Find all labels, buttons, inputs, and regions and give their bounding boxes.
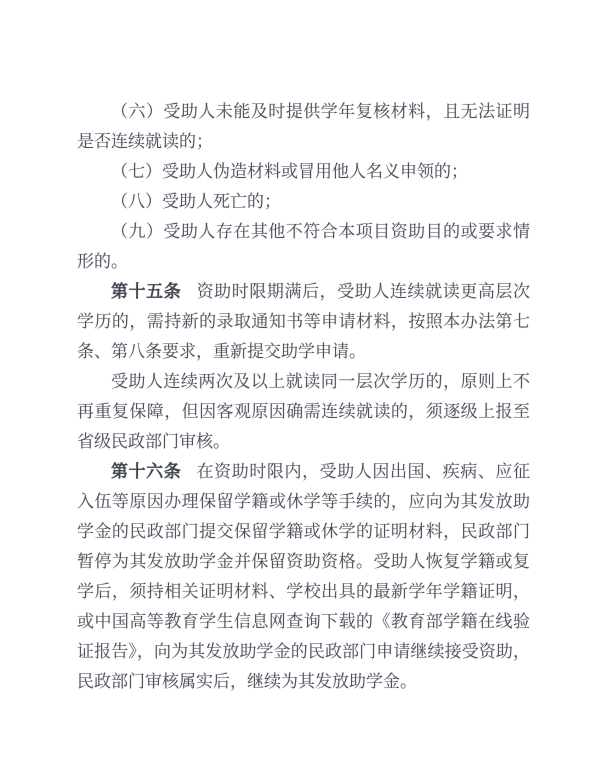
clause-item-9: （九）受助人存在其他不符合本项目资助目的或要求情形的。 — [77, 217, 530, 277]
paragraph-text: 在资助时限内，受助人因出国、疾病、应征入伍等原因办理保留学籍或休学等手续的，应向… — [77, 462, 530, 691]
article-number-bold: 第十六条 — [111, 462, 181, 481]
article-15-continuation: 受助人连续两次及以上就读同一层次学历的，原则上不再重复保障，但因客观原因确需连续… — [77, 367, 530, 457]
article-15-paragraph: 第十五条资助时限期满后，受助人连续就读更高层次学历的，需持新的录取通知书等申请材… — [77, 277, 530, 367]
paragraph-text: 受助人连续两次及以上就读同一层次学历的，原则上不再重复保障，但因客观原因确需连续… — [77, 372, 530, 451]
clause-item-6: （六）受助人未能及时提供学年复核材料，且无法证明是否连续就读的； — [77, 97, 530, 157]
paragraph-text: （六）受助人未能及时提供学年复核材料，且无法证明是否连续就读的； — [77, 102, 530, 151]
paragraph-text: （七）受助人伪造材料或冒用他人名义申领的； — [111, 162, 468, 181]
document-page: （六）受助人未能及时提供学年复核材料，且无法证明是否连续就读的； （七）受助人伪… — [0, 0, 594, 758]
document-body: （六）受助人未能及时提供学年复核材料，且无法证明是否连续就读的； （七）受助人伪… — [77, 97, 530, 697]
paragraph-text: （八）受助人死亡的； — [111, 192, 281, 211]
article-16-paragraph: 第十六条在资助时限内，受助人因出国、疾病、应征入伍等原因办理保留学籍或休学等手续… — [77, 457, 530, 697]
paragraph-text: （九）受助人存在其他不符合本项目资助目的或要求情形的。 — [77, 222, 530, 271]
clause-item-8: （八）受助人死亡的； — [77, 187, 530, 217]
article-number-bold: 第十五条 — [111, 282, 181, 301]
clause-item-7: （七）受助人伪造材料或冒用他人名义申领的； — [77, 157, 530, 187]
